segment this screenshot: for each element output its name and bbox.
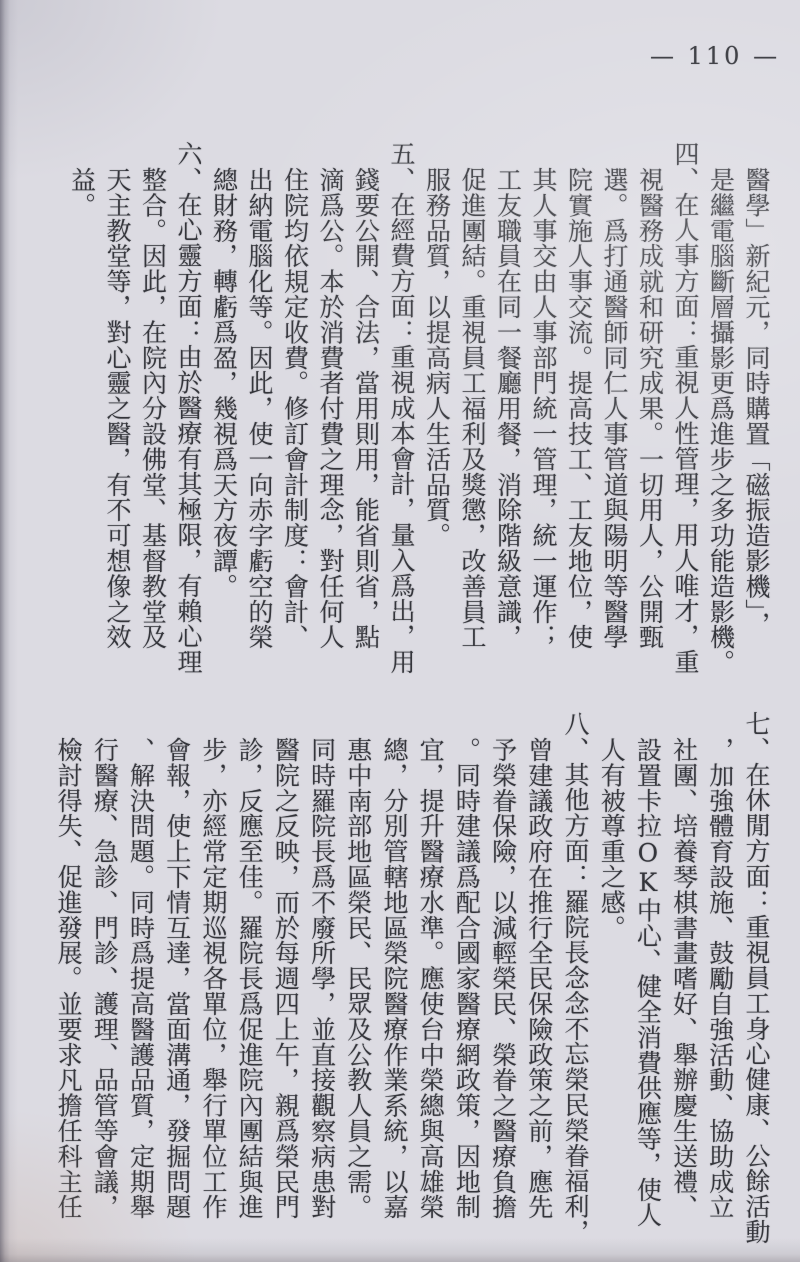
text-column: 同時羅院長爲不廢所學，並直接觀察病患對 — [303, 711, 339, 1249]
text-column: 滴爲公。本於消費者付費之理念，對任何人 — [313, 141, 349, 677]
page-number: — 110 — — [650, 42, 780, 70]
text-column: 八、其他方面：羅院長念念不忘榮民榮眷福利， — [557, 711, 593, 1249]
text-column: 惠中南部地區榮民、民眾及公教人員之需。 — [340, 711, 376, 1249]
text-column: 服務品質，以提高病人生活品質。 — [419, 141, 455, 677]
text-column: 天主教堂等，對心靈之醫，有不可想像之效 — [100, 141, 136, 677]
text-column: 總財務，轉虧爲盈，幾視爲天方夜譚。 — [206, 141, 242, 677]
text-column: 選。爲打通醫師同仁人事管道與陽明等醫學 — [597, 141, 633, 677]
text-column: 七、在休閒方面：重視員工身心健康、公餘活動 — [738, 711, 774, 1249]
text-column: 整合。因此，在院內分設佛堂、基督教堂及 — [135, 141, 171, 677]
text-column: 醫院之反映，而於每週四上午，親爲榮民門 — [267, 711, 303, 1249]
text-column: 住院均依規定收費。修訂會計制度：會計、 — [277, 141, 313, 677]
text-column: 行醫療、急診、門診、護理、品管等會議， — [86, 711, 122, 1249]
text-column: 院實施人事交流。提高技工、工友地位，使 — [561, 141, 597, 677]
text-column: 工友職員在同一餐廳用餐，消除階級意識， — [490, 141, 526, 677]
text-column: 其人事交由人事部門統一管理，統一運作； — [526, 141, 562, 677]
text-column: 益。 — [64, 141, 100, 677]
text-column: 。同時建議爲配合國家醫療網政策，因地制 — [448, 711, 484, 1249]
text-column: 社團、培養琴棋書畫嗜好、舉辦慶生送禮、 — [665, 711, 701, 1249]
text-column: 予榮眷保險，以減輕榮民、榮眷之醫療負擔 — [484, 711, 520, 1249]
text-column: 錢要公開、合法，當用則用，能省則省，點 — [348, 141, 384, 677]
text-column: 步，亦經常定期巡視各單位，舉行單位工作 — [195, 711, 231, 1249]
text-column: 診，反應至佳。羅院長爲促進院內團結與進 — [231, 711, 267, 1249]
text-column: 、解決問題。同時爲提高醫護品質，定期舉 — [122, 711, 158, 1249]
text-column: 宜，提升醫療水準。應使台中榮總與高雄榮 — [412, 711, 448, 1249]
text-column: 醫學」新紀元，同時購置「磁振造影機」， — [739, 141, 775, 677]
text-column: 促進團結。重視員工福利及獎懲，改善員工 — [455, 141, 491, 677]
text-column: 曾建議政府在推行全民保險政策之前，應先 — [521, 711, 557, 1249]
text-column: 會報，使上下情互達，當面溝通，發掘問題 — [159, 711, 195, 1249]
text-column: 總，分別管轄地區榮院醫療作業系統，以嘉 — [376, 711, 412, 1249]
text-column: 四、在人事方面：重視人性管理，用人唯才，重 — [668, 141, 704, 677]
text-column: 是繼電腦斷層攝影更爲進步之多功能造影機。 — [703, 141, 739, 677]
text-column: 人有被尊重之感。 — [593, 711, 629, 1249]
lower-text-block: 七、在休閒方面：重視員工身心健康、公餘活動，加強體育設施、鼓勵自強活動、協助成立… — [50, 711, 774, 1249]
text-column: 視醫務成就和研究成果。一切用人，公開甄 — [632, 141, 668, 677]
text-column: 設置卡拉OK中心、健全消費供應等，使人 — [629, 711, 665, 1249]
text-column: 五、在經費方面：重視成本會計，量入爲出，用 — [384, 141, 420, 677]
text-column: 六、在心靈方面：由於醫療有其極限，有賴心理 — [171, 141, 207, 677]
text-column: ，加強體育設施、鼓勵自強活動、協助成立 — [702, 711, 738, 1249]
text-column: 出納電腦化等。因此，使一向赤字虧空的榮 — [242, 141, 278, 677]
upper-text-block: 醫學」新紀元，同時購置「磁振造影機」，是繼電腦斷層攝影更爲進步之多功能造影機。四… — [64, 141, 774, 677]
text-column: 檢討得失、促進發展。並要求凡擔任科主任 — [50, 711, 86, 1249]
